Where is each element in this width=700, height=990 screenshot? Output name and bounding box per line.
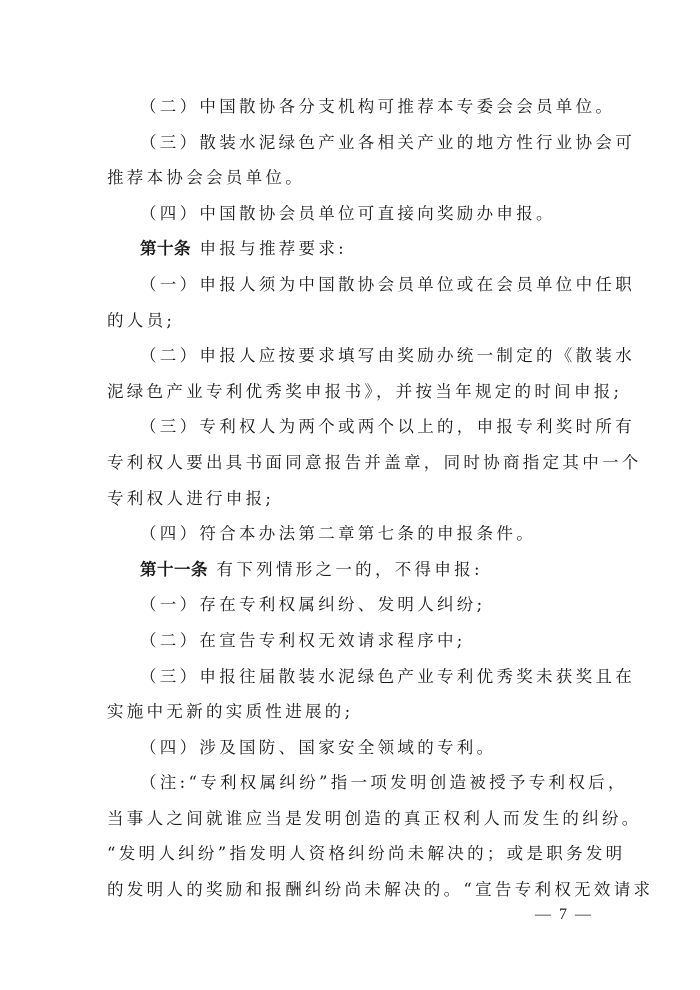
article-number: 第十一条	[140, 560, 208, 579]
paragraph-line: 专利权人要出具书面同意报告并盖章，同时协商指定其中一个	[107, 445, 587, 481]
article-title: 有下列情形之一的，不得申报:	[208, 560, 483, 579]
note-line: “发明人纠纷”指发明人资格纠纷尚未解决的；或是职务发明	[107, 836, 587, 872]
paragraph-line: 推荐本协会会员单位。	[107, 160, 587, 196]
paragraph-line: 泥绿色产业专利优秀奖申报书》，并按当年规定的时间申报;	[107, 374, 587, 410]
paragraph-line: 实施中无新的实质性进展的;	[107, 694, 587, 730]
document-body: （二）中国散协各分支机构可推荐本专委会会员单位。 （三）散装水泥绿色产业各相关产…	[107, 89, 587, 908]
paragraph-line: （三）申报往届散装水泥绿色产业专利优秀奖未获奖且在	[107, 659, 587, 695]
paragraph-line: （四）符合本办法第二章第七条的申报条件。	[107, 516, 587, 552]
paragraph-line: （四）中国散协会员单位可直接向奖励办申报。	[107, 196, 587, 232]
paragraph-line: （二）在宣告专利权无效请求程序中;	[107, 623, 587, 659]
paragraph-line: （四）涉及国防、国家安全领域的专利。	[107, 730, 587, 766]
paragraph-line: 专利权人进行申报;	[107, 481, 587, 517]
note-line: 的发明人的奖励和报酬纠纷尚未解决的。“宣告专利权无效请求	[107, 872, 587, 908]
paragraph-line: （二）申报人应按要求填写由奖励办统一制定的《散装水	[107, 338, 587, 374]
article-title: 申报与推荐要求:	[191, 239, 347, 258]
article-heading-11: 第十一条 有下列情形之一的，不得申报:	[107, 552, 587, 588]
paragraph-line: 的人员;	[107, 303, 587, 339]
article-number: 第十条	[140, 239, 191, 258]
paragraph-line: （三）专利权人为两个或两个以上的，申报专利奖时所有	[107, 409, 587, 445]
paragraph-line: （一）申报人须为中国散协会员单位或在会员单位中任职	[107, 267, 587, 303]
page-number: — 7 —	[535, 906, 593, 924]
paragraph-line: （三）散装水泥绿色产业各相关产业的地方性行业协会可	[107, 125, 587, 161]
note-line: 当事人之间就谁应当是发明创造的真正权利人而发生的纠纷。	[107, 801, 587, 837]
paragraph-line: （二）中国散协各分支机构可推荐本专委会会员单位。	[107, 89, 587, 125]
paragraph-line: （一）存在专利权属纠纷、发明人纠纷;	[107, 587, 587, 623]
note-line: （注:“专利权属纠纷”指一项发明创造被授予专利权后，	[107, 765, 587, 801]
article-heading-10: 第十条 申报与推荐要求:	[107, 231, 587, 267]
